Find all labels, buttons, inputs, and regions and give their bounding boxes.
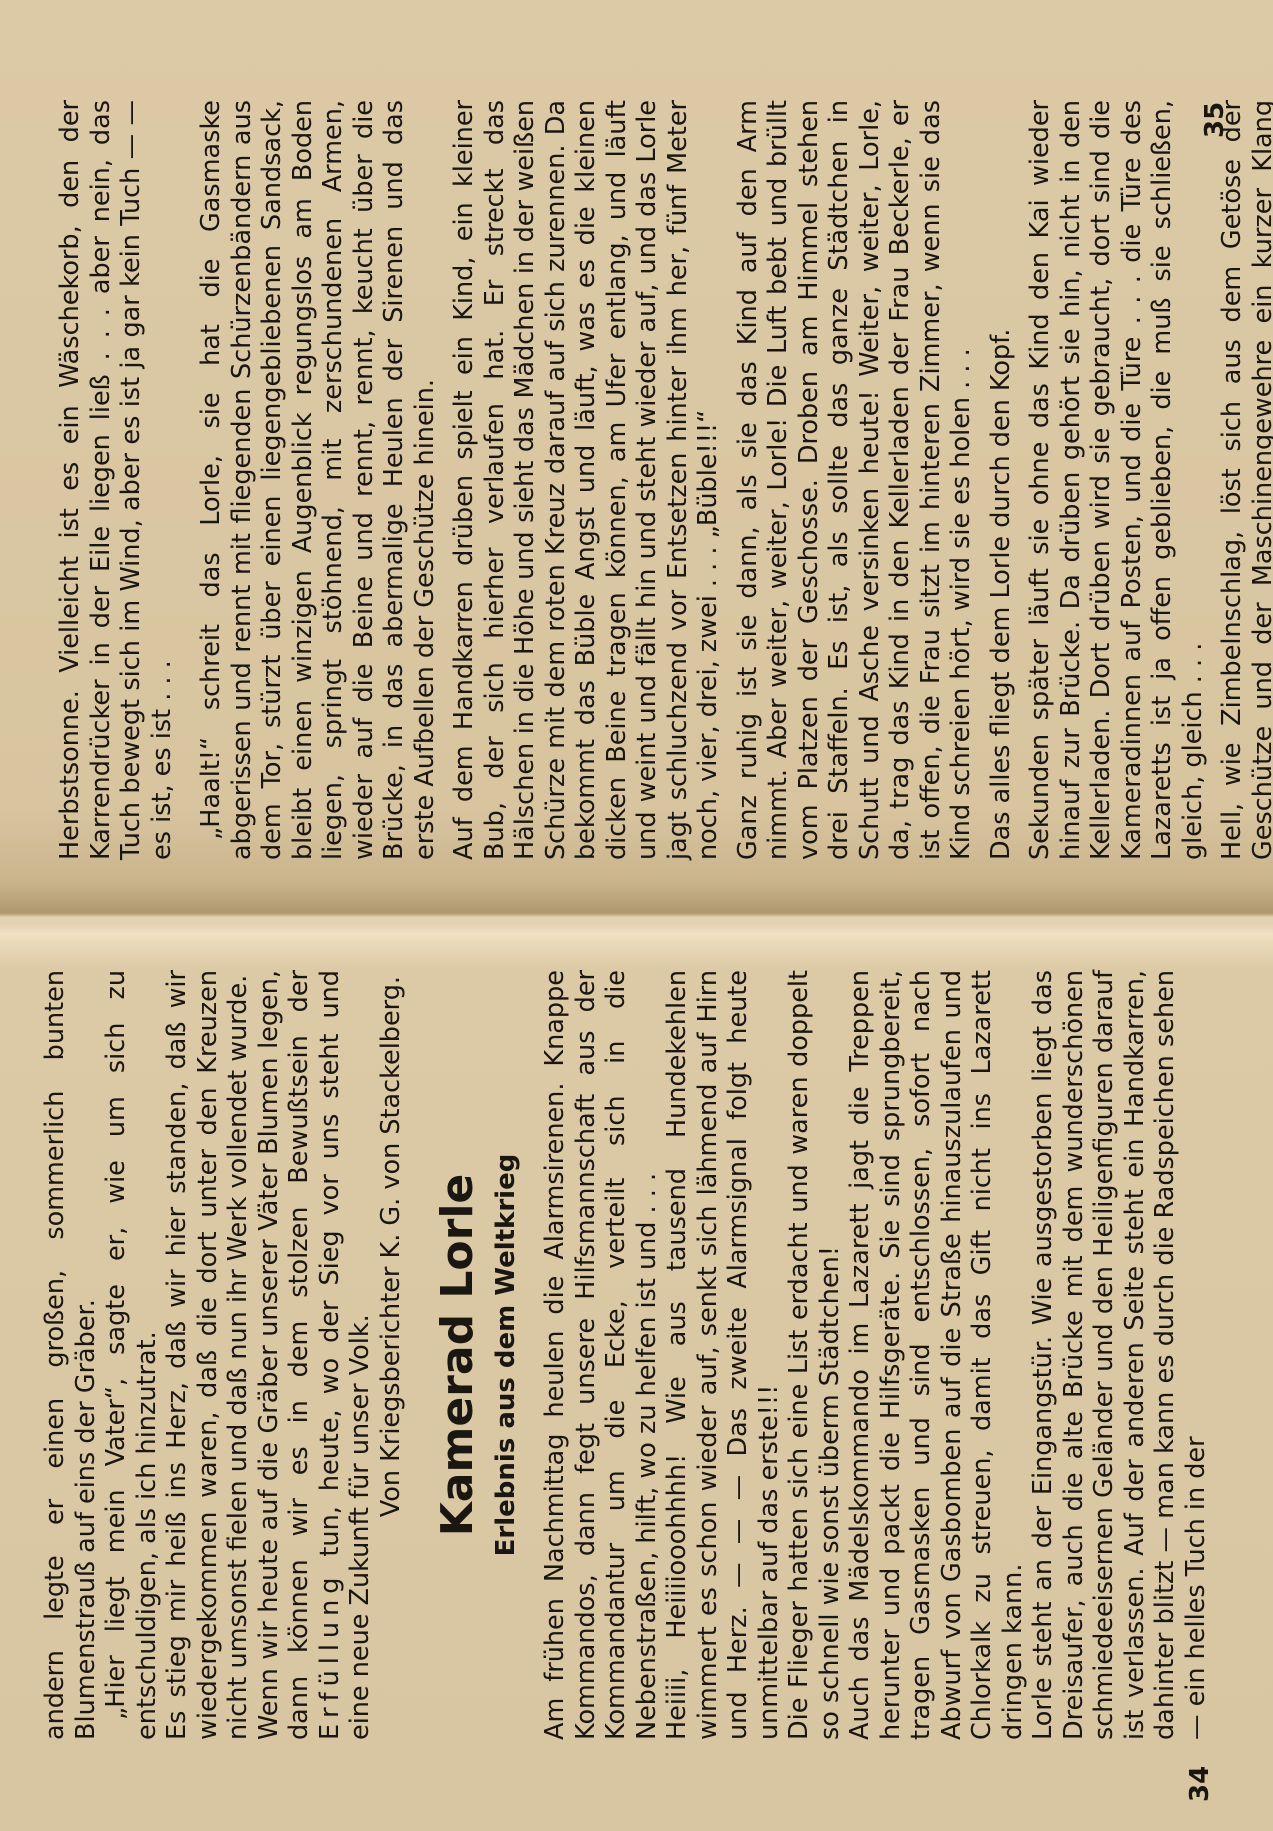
story-title: Kamerad Lorle xyxy=(432,970,484,1740)
paragraph: Auf dem Handkarren drüben spielt ein Kin… xyxy=(449,100,724,860)
author-byline: Von Kriegsberichter K. G. von Stackelber… xyxy=(376,970,407,1740)
closing-paragraph: Wenn wir heute auf die Gräber unserer Vä… xyxy=(254,970,376,1740)
book-spine-fold xyxy=(0,880,1273,940)
paragraph: Sekunden später läuft sie ohne das Kind … xyxy=(1025,100,1208,860)
page-35: Herbstsonne. Vielleicht ist es ein Wäsch… xyxy=(55,100,1215,860)
paragraph: Hell, wie Zimbelnschlag, löst sich aus d… xyxy=(1217,100,1273,860)
paragraph: Am frühen Nachmittag heulen die Alarmsir… xyxy=(540,970,662,1740)
paragraph: Herbstsonne. Vielleicht ist es ein Wäsch… xyxy=(55,100,177,860)
paragraph: andern legte er einen großen, sommerlich… xyxy=(40,970,101,1740)
paragraph: Das alles fliegt dem Lorle durch den Kop… xyxy=(986,100,1017,860)
page-number: 35 xyxy=(1200,102,1230,138)
page-34: andern legte er einen großen, sommerlich… xyxy=(40,970,1200,1740)
paragraph: Es stieg mir heiß ins Herz, daß wir hier… xyxy=(162,970,254,1740)
paragraph: Die Flieger hatten sich eine List erdach… xyxy=(784,970,845,1740)
paragraph: Heiiii, Heiiiiooohhhh! Wie aus tausend H… xyxy=(662,970,784,1740)
paragraph: Ganz ruhig ist sie dann, als sie das Kin… xyxy=(733,100,977,860)
story-subtitle: Erlebnis aus dem Weltkrieg xyxy=(490,970,522,1740)
paragraph: „Haalt!“ schreit das Lorle, sie hat die … xyxy=(196,100,440,860)
page-number: 34 xyxy=(1185,1766,1215,1802)
paragraph: Lorle steht an der Eingangstür. Wie ausg… xyxy=(1028,970,1211,1740)
emphasis-spaced: Erfüllung xyxy=(315,1572,345,1740)
closing-text-a: Wenn wir heute auf die Gräber unserer Vä… xyxy=(254,970,315,1740)
paragraph xyxy=(177,100,187,860)
paragraph: „Hier liegt mein Vater“, sagte er, wie u… xyxy=(101,970,162,1740)
paragraph: Auch das Mädelskommando im Lazarett jagt… xyxy=(845,970,1028,1740)
